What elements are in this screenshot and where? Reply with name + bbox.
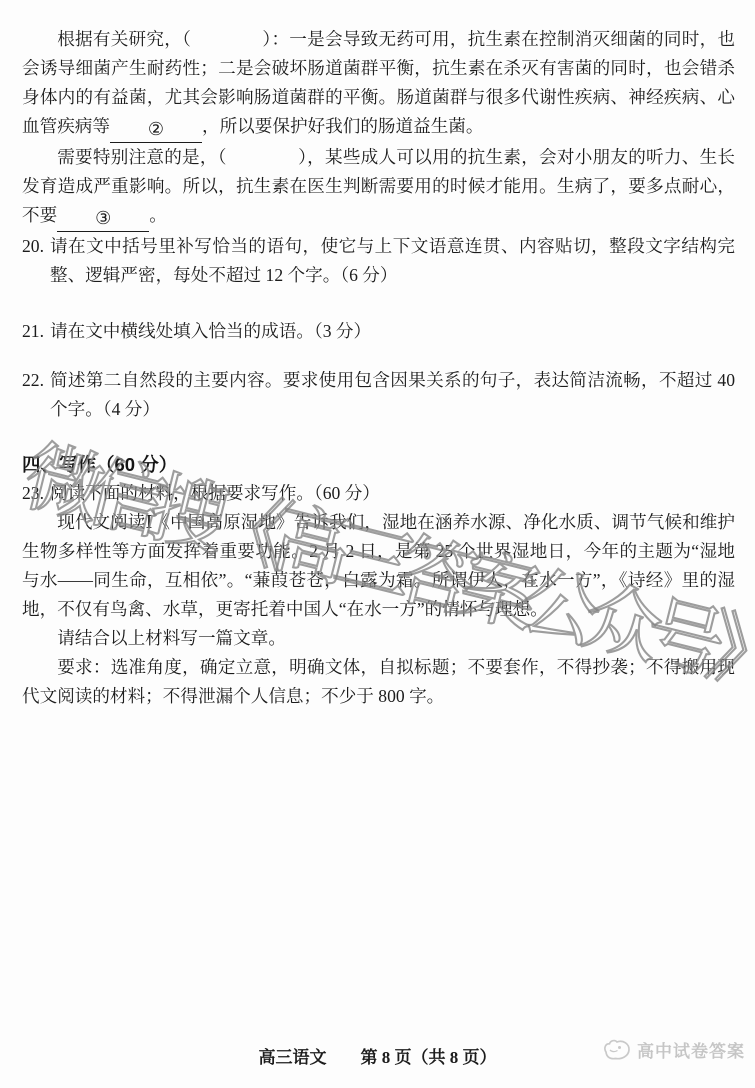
question-23-number: 23. — [22, 479, 50, 508]
question-20: 20. 请在文中括号里补写恰当的语句，使它与上下文语意连贯、内容贴切，整段文字结… — [22, 232, 735, 290]
mascot-icon — [602, 1037, 632, 1062]
circled-number-3: ③ — [95, 208, 111, 228]
question-21-text: 请在文中横线处填入恰当的成语。（3 分） — [50, 317, 735, 346]
question-21: 21. 请在文中横线处填入恰当的成语。（3 分） — [22, 317, 735, 346]
passage-p2-text-after: 。 — [149, 205, 167, 225]
question-20-text: 请在文中括号里补写恰当的语句，使它与上下文语意连贯、内容贴切，整段文字结构完整、… — [50, 232, 735, 290]
publisher-name: 高中试卷答案 — [637, 1037, 745, 1062]
circled-number-2: ② — [148, 119, 164, 139]
essay-requirements: 要求：选准角度，确定立意，明确文体，自拟标题；不要套作，不得抄袭；不得搬用现代文… — [22, 653, 735, 711]
publisher-watermark: 高中试卷答案 — [602, 1037, 745, 1062]
answer-blank-2: ② — [110, 119, 202, 143]
essay-material: 现代文阅读Ⅰ《中国高原湿地》告诉我们，湿地在涵养水源、净化水质、调节气候和维护生… — [22, 508, 735, 624]
passage-paragraph-2: 需要特别注意的是，（ ），某些成人可以用的抗生素，会对小朋友的听力、生长发育造成… — [22, 143, 735, 232]
passage-paragraph-1: 根据有关研究，（ ）：一是会导致无药可用，抗生素在控制消灭细菌的同时，也会诱导细… — [22, 25, 735, 143]
section-heading-writing: 四、写作（60 分） — [22, 450, 735, 479]
page-content: 根据有关研究，（ ）：一是会导致无药可用，抗生素在控制消灭细菌的同时，也会诱导细… — [0, 0, 755, 711]
passage-p1-text-after: ，所以要保护好我们的肠道益生菌。 — [202, 116, 484, 136]
question-22: 22. 简述第二自然段的主要内容。要求使用包含因果关系的句子，表达简洁流畅，不超… — [22, 366, 735, 424]
question-22-number: 22. — [22, 366, 50, 424]
answer-blank-3: ③ — [57, 208, 149, 232]
question-21-number: 21. — [22, 317, 50, 346]
question-23: 23. 阅读下面的材料，根据要求写作。（60 分） — [22, 479, 735, 508]
question-23-prompt: 阅读下面的材料，根据要求写作。（60 分） — [50, 479, 735, 508]
exam-page: 微信搜《高三答案公众号》 根据有关研究，（ ）：一是会导致无药可用，抗生素在控制… — [0, 0, 755, 1088]
question-22-text: 简述第二自然段的主要内容。要求使用包含因果关系的句子，表达简洁流畅，不超过 40… — [50, 366, 735, 424]
essay-instruction: 请结合以上材料写一篇文章。 — [22, 624, 735, 653]
question-20-number: 20. — [22, 232, 50, 290]
